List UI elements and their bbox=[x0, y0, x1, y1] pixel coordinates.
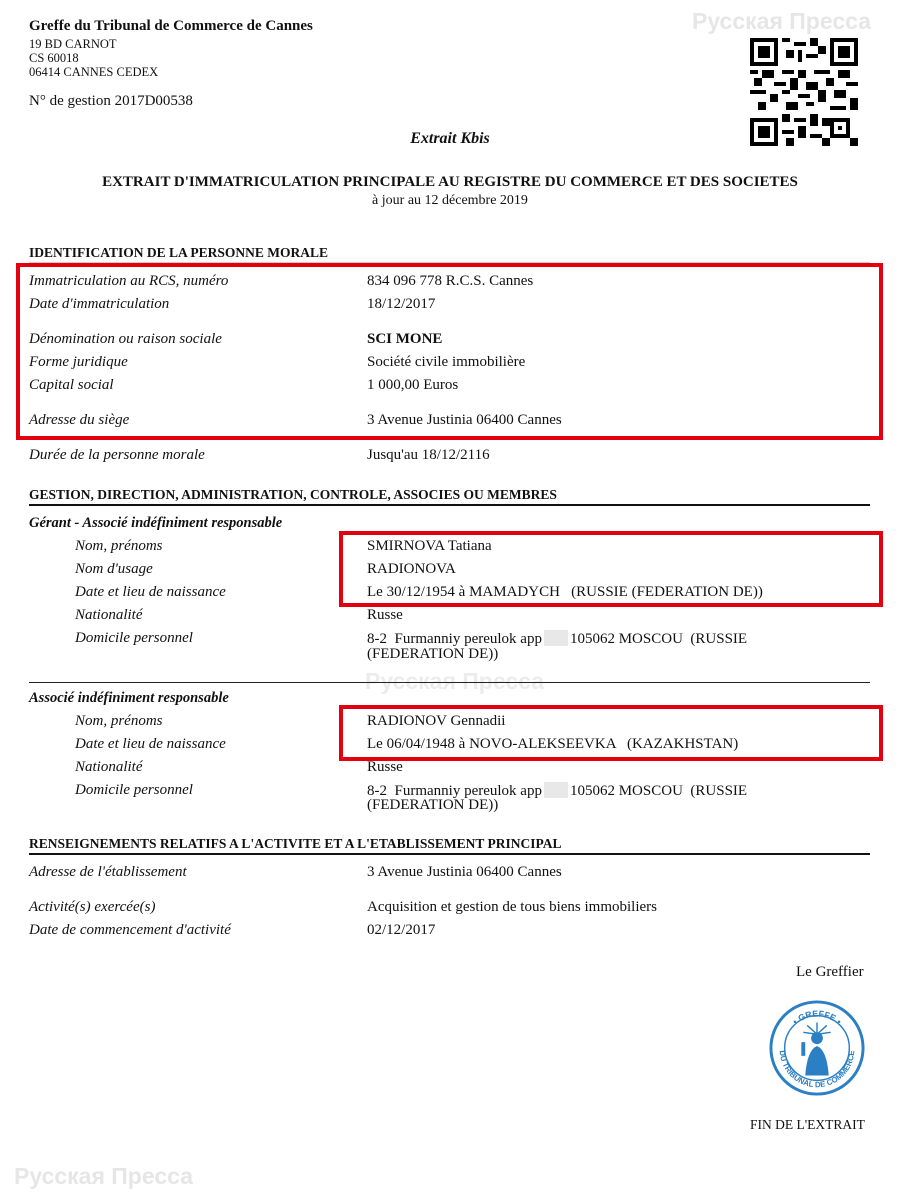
person-1-label-birth: Date et lieu de naissance bbox=[75, 584, 226, 601]
section-management-heading: GESTION, DIRECTION, ADMINISTRATION, CONT… bbox=[29, 487, 870, 506]
person-2-value-domicile-line2: (FEDERATION DE)) bbox=[367, 797, 498, 814]
domicile-city: 105062 MOSCOU (RUSSIE bbox=[570, 783, 747, 799]
label-establishment-address: Adresse de l'établissement bbox=[29, 864, 187, 881]
redacted-apartment bbox=[544, 782, 568, 798]
person-1-value-birth: Le 30/12/1954 à MAMADYCH (RUSSIE (FEDERA… bbox=[367, 584, 763, 601]
value-registration-date: 18/12/2017 bbox=[367, 296, 435, 313]
value-company-name: SCI MONE bbox=[367, 331, 442, 348]
label-company-name: Dénomination ou raison sociale bbox=[29, 331, 222, 348]
person-divider bbox=[29, 682, 870, 683]
redacted-apartment bbox=[544, 630, 568, 646]
person-1-value-usage-name: RADIONOVA bbox=[367, 561, 456, 578]
person-1-label-usage-name: Nom d'usage bbox=[75, 561, 153, 578]
end-of-extract: FIN DE L'EXTRAIT bbox=[750, 1117, 865, 1133]
watermark-top: Русская Пресса bbox=[692, 8, 871, 35]
person-2-label-birth: Date et lieu de naissance bbox=[75, 736, 226, 753]
label-registered-address: Adresse du siège bbox=[29, 412, 129, 429]
gestion-number: N° de gestion 2017D00538 bbox=[29, 93, 193, 110]
value-activity-start-date: 02/12/2017 bbox=[367, 922, 435, 939]
court-name: Greffe du Tribunal de Commerce de Cannes bbox=[29, 18, 313, 35]
person-2-role: Associé indéfiniment responsable bbox=[29, 690, 229, 707]
watermark-bottom: Русская Пресса bbox=[14, 1163, 193, 1190]
person-2-label-nationality: Nationalité bbox=[75, 759, 143, 776]
value-share-capital: 1 000,00 Euros bbox=[367, 377, 458, 394]
label-share-capital: Capital social bbox=[29, 377, 114, 394]
court-seal-icon: • GREFFE • DU TRIBUNAL DE COMMERCE bbox=[768, 999, 866, 1097]
person-1-value-domicile-line2: (FEDERATION DE)) bbox=[367, 646, 498, 663]
value-legal-form: Société civile immobilière bbox=[367, 354, 525, 371]
label-activities: Activité(s) exercée(s) bbox=[29, 899, 155, 916]
value-registered-address: 3 Avenue Justinia 06400 Cannes bbox=[367, 412, 562, 429]
value-rcs-number: 834 096 778 R.C.S. Cannes bbox=[367, 273, 533, 290]
person-1-label-name: Nom, prénoms bbox=[75, 538, 163, 555]
label-rcs-number: Immatriculation au RCS, numéro bbox=[29, 273, 228, 290]
value-duration: Jusqu'au 18/12/2116 bbox=[367, 447, 490, 464]
person-1-label-domicile: Domicile personnel bbox=[75, 630, 193, 647]
label-duration: Durée de la personne morale bbox=[29, 447, 205, 464]
document-type-title: Extrait Kbis bbox=[0, 130, 900, 148]
value-activities: Acquisition et gestion de tous biens imm… bbox=[367, 899, 657, 916]
value-establishment-address: 3 Avenue Justinia 06400 Cannes bbox=[367, 864, 562, 881]
label-legal-form: Forme juridique bbox=[29, 354, 128, 371]
court-address-line-2: CS 60018 bbox=[29, 51, 79, 65]
person-1-role: Gérant - Associé indéfiniment responsabl… bbox=[29, 515, 282, 532]
label-activity-start-date: Date de commencement d'activité bbox=[29, 922, 231, 939]
person-1-value-nationality: Russe bbox=[367, 607, 403, 624]
person-2-value-name: RADIONOV Gennadii bbox=[367, 713, 505, 730]
person-1-label-nationality: Nationalité bbox=[75, 607, 143, 624]
label-registration-date: Date d'immatriculation bbox=[29, 296, 169, 313]
section-identification-heading: IDENTIFICATION DE LA PERSONNE MORALE bbox=[29, 245, 870, 263]
person-2-value-nationality: Russe bbox=[367, 759, 403, 776]
domicile-city: 105062 MOSCOU (RUSSIE bbox=[570, 631, 747, 647]
person-1-value-name: SMIRNOVA Tatiana bbox=[367, 538, 492, 555]
person-2-label-domicile: Domicile personnel bbox=[75, 782, 193, 799]
person-2-value-birth: Le 06/04/1948 à NOVO-ALEKSEEVKA (KAZAKHS… bbox=[367, 736, 738, 753]
domicile-street: 8-2 Furmanniy pereulok app bbox=[367, 631, 542, 647]
court-address-line-1: 19 BD CARNOT bbox=[29, 37, 117, 51]
signatory-label: Le Greffier bbox=[796, 964, 864, 981]
section-activity-heading: RENSEIGNEMENTS RELATIFS A L'ACTIVITE ET … bbox=[29, 836, 870, 855]
document-date-subtitle: à jour au 12 décembre 2019 bbox=[0, 193, 900, 209]
court-address-line-3: 06414 CANNES CEDEX bbox=[29, 65, 158, 79]
person-2-label-name: Nom, prénoms bbox=[75, 713, 163, 730]
document-main-title: EXTRAIT D'IMMATRICULATION PRINCIPALE AU … bbox=[0, 174, 900, 191]
